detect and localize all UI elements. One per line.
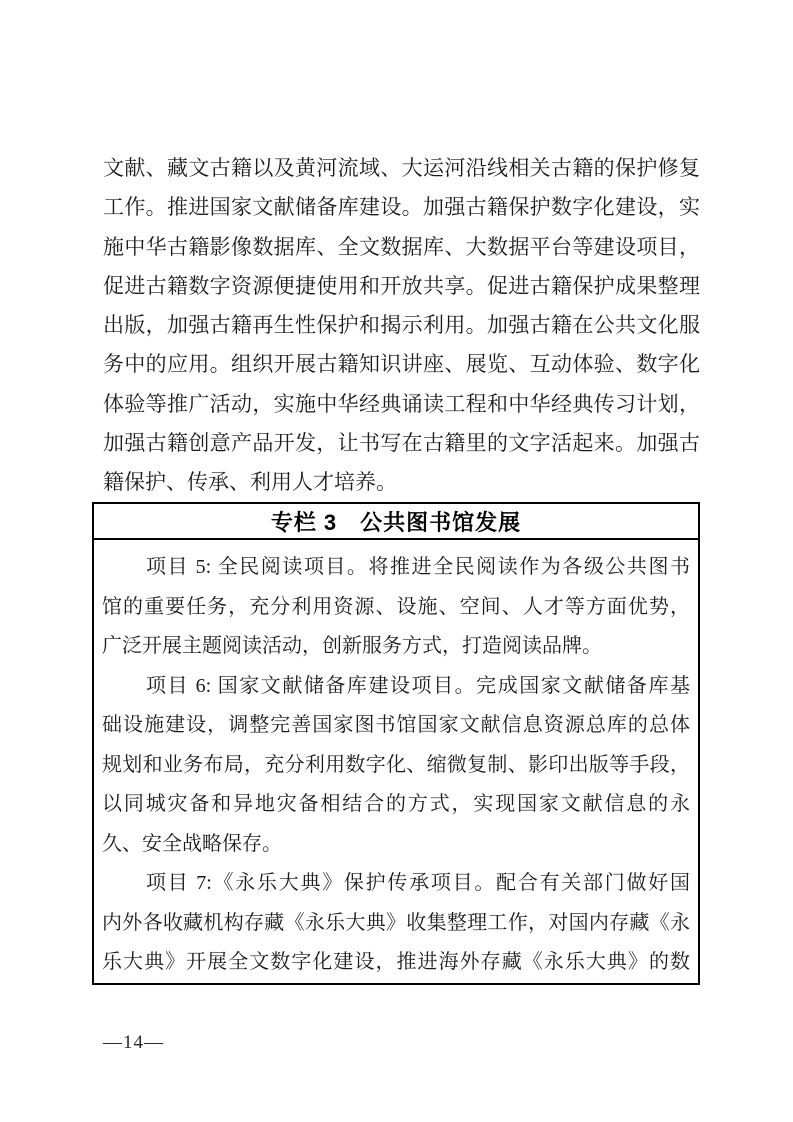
project-7-paragraph: 项目 7:《永乐大典》保护传承项目。配合有关部门做好国 内外各收藏机构存藏《永乐… (102, 864, 690, 983)
text-line: 内外各收藏机构存藏《永乐大典》收集整理工作，对国内存藏《永 (102, 904, 690, 944)
text-line: 以同城灾备和异地灾备相结合的方式，实现国家文献信息的永 (102, 785, 690, 825)
text-line: 工作。推进国家文献储备库建设。加强古籍保护数字化建设，实 (103, 188, 700, 227)
text-line: 务中的应用。组织开展古籍知识讲座、展览、互动体验、数字化 (103, 345, 700, 384)
text-line: 项目 7:《永乐大典》保护传承项目。配合有关部门做好国 (102, 864, 690, 904)
column-box-title: 专栏 3 公共图书馆发展 (94, 504, 698, 540)
page-number: —14— (103, 1032, 164, 1054)
text-line: 籍保护、传承、利用人才培养。 (103, 463, 700, 502)
document-page: 文献、藏文古籍以及黄河流域、大运河沿线相关古籍的保护修复 工作。推进国家文献储备… (0, 0, 793, 1122)
text-line: 体验等推广活动，实施中华经典诵读工程和中华经典传习计划， (103, 385, 700, 424)
main-paragraph: 文献、藏文古籍以及黄河流域、大运河沿线相关古籍的保护修复 工作。推进国家文献储备… (103, 149, 700, 503)
text-line: 出版，加强古籍再生性保护和揭示利用。加强古籍在公共文化服 (103, 306, 700, 345)
column-box-public-library: 专栏 3 公共图书馆发展 项目 5: 全民阅读项目。将推进全民阅读作为各级公共图… (92, 502, 700, 985)
text-line: 施中华古籍影像数据库、全文数据库、大数据平台等建设项目， (103, 228, 700, 267)
text-line: 项目 6: 国家文献储备库建设项目。完成国家文献储备库基 (102, 667, 690, 707)
project-5-paragraph: 项目 5: 全民阅读项目。将推进全民阅读作为各级公共图书 馆的重要任务，充分利用… (102, 548, 690, 667)
text-line: 础设施建设，调整完善国家图书馆国家文献信息资源总库的总体 (102, 706, 690, 746)
text-line: 久、安全战略保存。 (102, 825, 690, 865)
text-line: 规划和业务布局，充分利用数字化、缩微复制、影印出版等手段， (102, 746, 690, 786)
project-6-paragraph: 项目 6: 国家文献储备库建设项目。完成国家文献储备库基 础设施建设，调整完善国… (102, 667, 690, 865)
text-line: 广泛开展主题阅读活动，创新服务方式，打造阅读品牌。 (102, 627, 690, 667)
column-box-body: 项目 5: 全民阅读项目。将推进全民阅读作为各级公共图书 馆的重要任务，充分利用… (94, 540, 698, 983)
text-line: 乐大典》开展全文数字化建设，推进海外存藏《永乐大典》的数 (102, 943, 690, 983)
text-line: 促进古籍数字资源便捷使用和开放共享。促进古籍保护成果整理 (103, 267, 700, 306)
text-line: 文献、藏文古籍以及黄河流域、大运河沿线相关古籍的保护修复 (103, 149, 700, 188)
text-line: 项目 5: 全民阅读项目。将推进全民阅读作为各级公共图书 (102, 548, 690, 588)
text-line: 加强古籍创意产品开发，让书写在古籍里的文字活起来。加强古 (103, 424, 700, 463)
text-line: 馆的重要任务，充分利用资源、设施、空间、人才等方面优势， (102, 588, 690, 628)
column-box-title-text: 专栏 3 公共图书馆发展 (271, 506, 521, 537)
